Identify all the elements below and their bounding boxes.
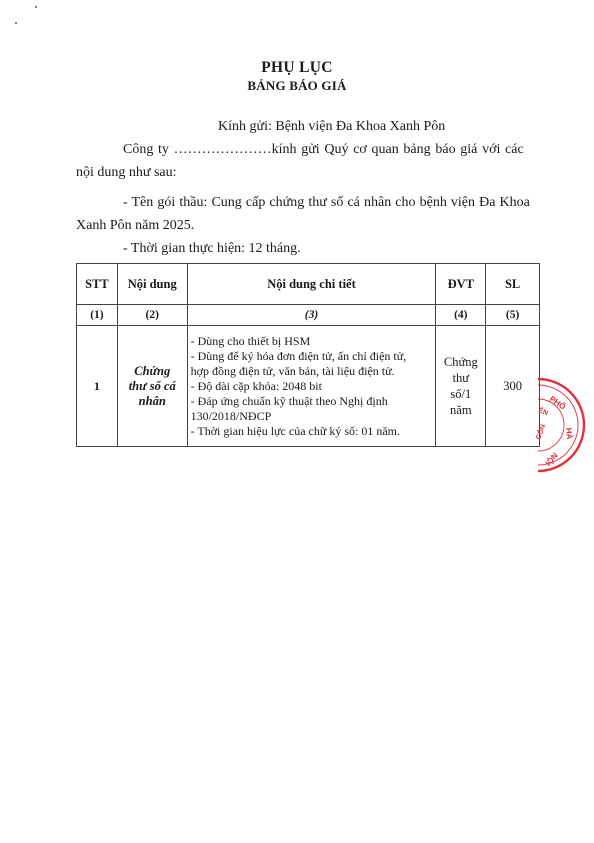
package-line-1: - Tên gói thầu: Cung cấp chứng thư số cá…: [123, 194, 530, 212]
detail-line: hợp đồng điện tử, văn bản, tài liệu điện…: [191, 364, 433, 379]
quote-table: STT Nội dung Nội dung chi tiết ĐVT SL (1…: [76, 263, 540, 447]
content-line: thư số cá: [118, 379, 187, 394]
detail-line: - Đáp ứng chuẩn kỹ thuật theo Nghị định: [191, 394, 433, 409]
header-unit: ĐVT: [436, 264, 486, 305]
detail-line: - Dùng để ký hóa đơn điện tử, ấn chỉ điệ…: [191, 349, 433, 364]
cell-stt: 1: [77, 326, 118, 447]
detail-line: 130/2018/NĐCP: [191, 409, 433, 424]
detail-line: - Thời gian hiệu lực của chữ ký số: 01 n…: [191, 424, 433, 439]
header-details: Nội dung chi tiết: [187, 264, 436, 305]
table-index-row: (1) (2) (3) (4) (5): [77, 305, 540, 326]
cell-content: Chứng thư số cá nhân: [117, 326, 187, 447]
header-stt: STT: [77, 264, 118, 305]
svg-text:CÔN: CÔN: [533, 423, 547, 441]
svg-text:NỘI: NỘI: [543, 451, 559, 468]
duration-line: - Thời gian thực hiện: 12 tháng.: [123, 240, 301, 258]
unit-line: năm: [436, 402, 485, 418]
intro-line-1: Công ty …………………kính gửi Quý cơ quan bảng…: [123, 141, 524, 159]
index-cell: (2): [117, 305, 187, 326]
unit-line: số/1: [436, 386, 485, 402]
cell-unit: Chứng thư số/1 năm: [436, 326, 486, 447]
index-cell: (4): [436, 305, 486, 326]
table-row: 1 Chứng thư số cá nhân - Dùng cho thiết …: [77, 326, 540, 447]
detail-line: - Dùng cho thiết bị HSM: [191, 334, 433, 349]
page-subtitle: BẢNG BÁO GIÁ: [0, 78, 594, 94]
scan-speck: [35, 6, 37, 8]
company-seal-icon: PHỐ HÀ NỘI ÊN CÔN: [500, 370, 594, 480]
svg-text:HÀ: HÀ: [564, 427, 574, 440]
intro-line-2: nội dung như sau:: [76, 164, 177, 182]
scan-speck: [15, 22, 17, 24]
svg-text:ÊN: ÊN: [537, 405, 549, 417]
recipient-line: Kính gửi: Bệnh viện Đa Khoa Xanh Pôn: [218, 118, 445, 136]
index-cell: (5): [486, 305, 540, 326]
index-cell: (3): [187, 305, 436, 326]
content-line: Chứng: [118, 364, 187, 379]
header-content: Nội dung: [117, 264, 187, 305]
page-title: PHỤ LỤC: [0, 59, 594, 77]
unit-line: Chứng: [436, 354, 485, 370]
index-cell: (1): [77, 305, 118, 326]
package-line-2: Xanh Pôn năm 2025.: [76, 217, 194, 235]
detail-line: - Độ dài cặp khóa: 2048 bit: [191, 379, 433, 394]
unit-line: thư: [436, 370, 485, 386]
table-header-row: STT Nội dung Nội dung chi tiết ĐVT SL: [77, 264, 540, 305]
cell-details: - Dùng cho thiết bị HSM - Dùng để ký hóa…: [187, 326, 436, 447]
content-line: nhân: [118, 394, 187, 409]
header-quantity: SL: [486, 264, 540, 305]
